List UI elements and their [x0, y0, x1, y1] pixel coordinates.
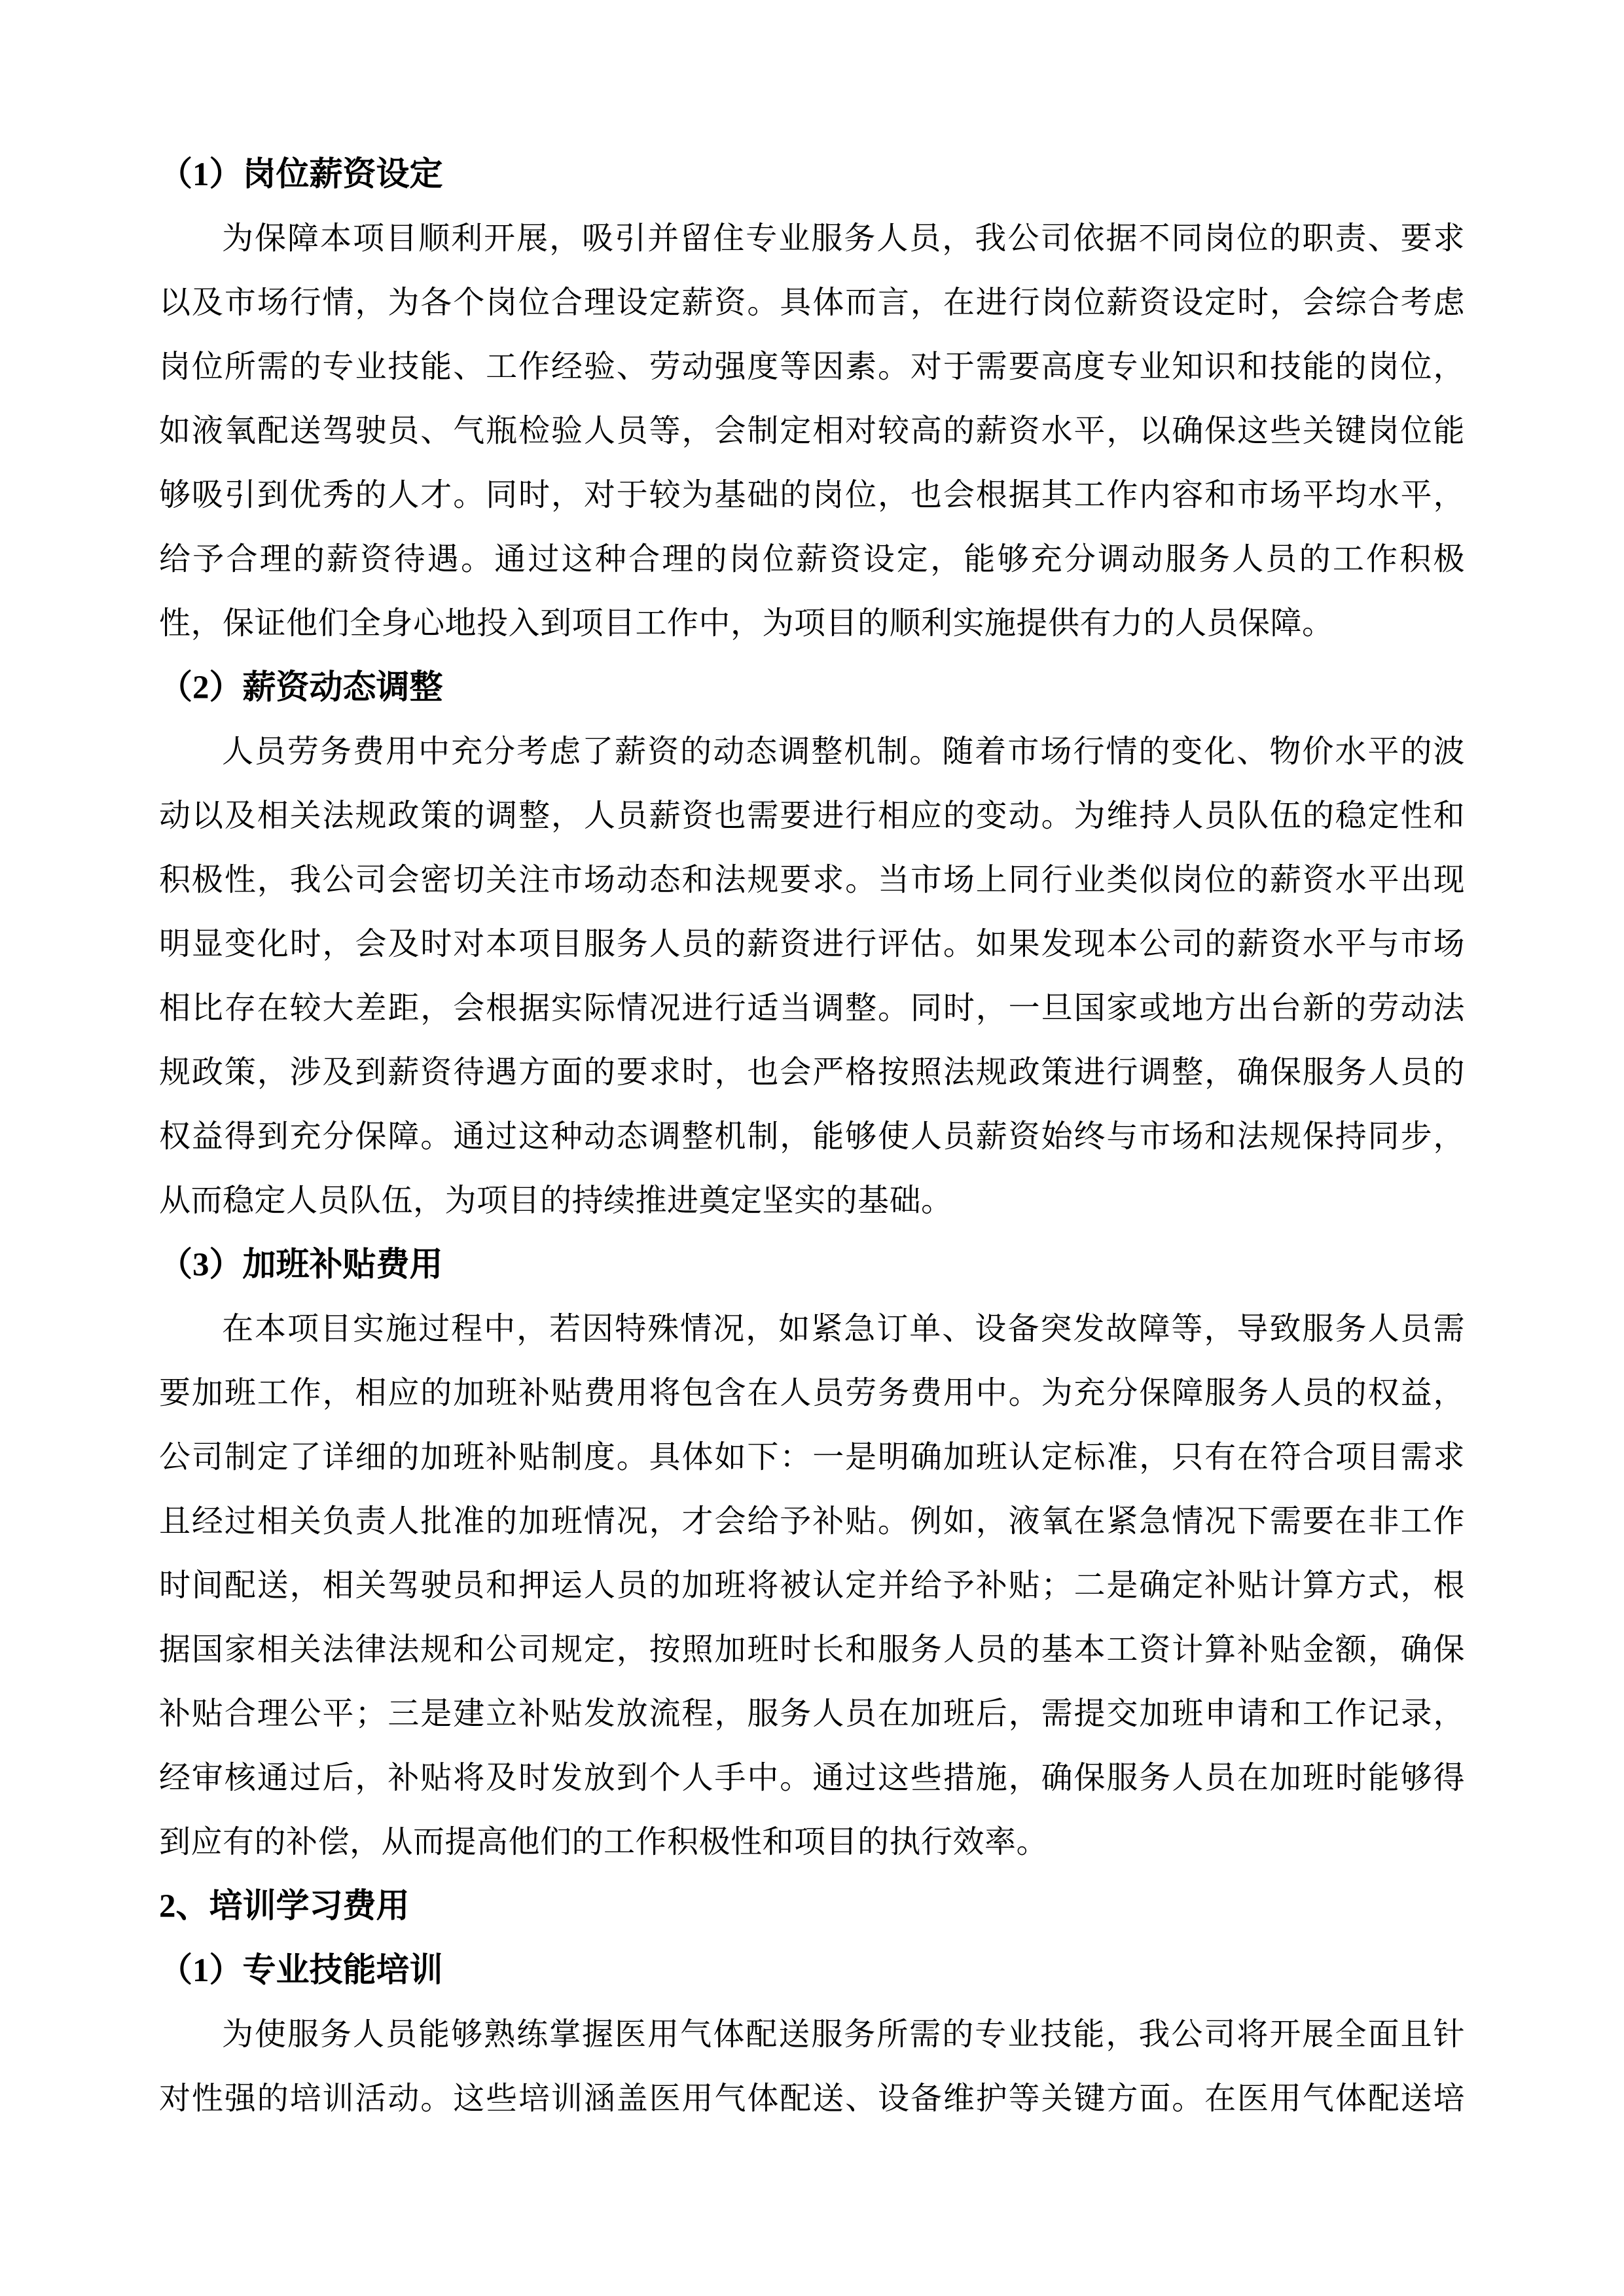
- paragraph-line: 岗位所需的专业技能、工作经验、劳动强度等因素。对于需要高度专业知识和技能的岗位，: [159, 335, 1465, 399]
- section-heading: （2）薪资动态调整: [159, 656, 1465, 720]
- section-heading: （1）专业技能培训: [159, 1939, 1465, 2003]
- paragraph-line: 人员劳务费用中充分考虑了薪资的动态调整机制。随着市场行情的变化、物价水平的波: [159, 720, 1465, 784]
- paragraph-line: 动以及相关法规政策的调整，人员薪资也需要进行相应的变动。为维持人员队伍的稳定性和: [159, 784, 1465, 848]
- paragraph-line: 到应有的补偿，从而提高他们的工作积极性和项目的执行效率。: [159, 1810, 1465, 1874]
- paragraph-line: 为保障本项目顺利开展，吸引并留住专业服务人员，我公司依据不同岗位的职责、要求: [159, 207, 1465, 271]
- paragraph-line: 够吸引到优秀的人才。同时，对于较为基础的岗位，也会根据其工作内容和市场平均水平，: [159, 463, 1465, 528]
- paragraph-line: 如液氧配送驾驶员、气瓶检验人员等，会制定相对较高的薪资水平，以确保这些关键岗位能: [159, 399, 1465, 463]
- section-heading: （1）岗位薪资设定: [159, 143, 1465, 207]
- section-heading: （3）加班补贴费用: [159, 1233, 1465, 1297]
- paragraph-line: 规政策，涉及到薪资待遇方面的要求时，也会严格按照法规政策进行调整，确保服务人员的: [159, 1041, 1465, 1105]
- paragraph-line: 公司制定了详细的加班补贴制度。具体如下：一是明确加班认定标准，只有在符合项目需求: [159, 1426, 1465, 1490]
- paragraph-line: 要加班工作，相应的加班补贴费用将包含在人员劳务费用中。为充分保障服务人员的权益，: [159, 1361, 1465, 1426]
- paragraph-line: 补贴合理公平；三是建立补贴发放流程，服务人员在加班后，需提交加班申请和工作记录，: [159, 1682, 1465, 1746]
- paragraph: 为使服务人员能够熟练掌握医用气体配送服务所需的专业技能，我公司将开展全面且针对性…: [159, 2003, 1465, 2131]
- paragraph-line: 相比存在较大差距，会根据实际情况进行适当调整。同时，一旦国家或地方出台新的劳动法: [159, 977, 1465, 1041]
- paragraph-line: 时间配送，相关驾驶员和押运人员的加班将被认定并给予补贴；二是确定补贴计算方式，根: [159, 1554, 1465, 1618]
- paragraph-line: 明显变化时，会及时对本项目服务人员的薪资进行评估。如果发现本公司的薪资水平与市场: [159, 912, 1465, 977]
- paragraph-line: 据国家相关法律法规和公司规定，按照加班时长和服务人员的基本工资计算补贴金额，确保: [159, 1618, 1465, 1682]
- section-heading: 2、培训学习费用: [159, 1874, 1465, 1939]
- paragraph-line: 权益得到充分保障。通过这种动态调整机制，能够使人员薪资始终与市场和法规保持同步，: [159, 1105, 1465, 1169]
- paragraph-line: 给予合理的薪资待遇。通过这种合理的岗位薪资设定，能够充分调动服务人员的工作积极: [159, 528, 1465, 592]
- paragraph-line: 对性强的培训活动。这些培训涵盖医用气体配送、设备维护等关键方面。在医用气体配送培: [159, 2067, 1465, 2131]
- document-page: （1）岗位薪资设定为保障本项目顺利开展，吸引并留住专业服务人员，我公司依据不同岗…: [0, 0, 1624, 2296]
- paragraph-line: 性，保证他们全身心地投入到项目工作中，为项目的顺利实施提供有力的人员保障。: [159, 592, 1465, 656]
- paragraph-line: 且经过相关负责人批准的加班情况，才会给予补贴。例如，液氧在紧急情况下需要在非工作: [159, 1490, 1465, 1554]
- paragraph: 为保障本项目顺利开展，吸引并留住专业服务人员，我公司依据不同岗位的职责、要求以及…: [159, 207, 1465, 656]
- paragraph: 在本项目实施过程中，若因特殊情况，如紧急订单、设备突发故障等，导致服务人员需要加…: [159, 1297, 1465, 1874]
- paragraph-line: 从而稳定人员队伍，为项目的持续推进奠定坚实的基础。: [159, 1169, 1465, 1233]
- paragraph-line: 经审核通过后，补贴将及时发放到个人手中。通过这些措施，确保服务人员在加班时能够得: [159, 1746, 1465, 1810]
- paragraph-line: 积极性，我公司会密切关注市场动态和法规要求。当市场上同行业类似岗位的薪资水平出现: [159, 848, 1465, 912]
- paragraph-line: 在本项目实施过程中，若因特殊情况，如紧急订单、设备突发故障等，导致服务人员需: [159, 1297, 1465, 1361]
- paragraph: 人员劳务费用中充分考虑了薪资的动态调整机制。随着市场行情的变化、物价水平的波动以…: [159, 720, 1465, 1233]
- paragraph-line: 以及市场行情，为各个岗位合理设定薪资。具体而言，在进行岗位薪资设定时，会综合考虑: [159, 271, 1465, 335]
- document-content: （1）岗位薪资设定为保障本项目顺利开展，吸引并留住专业服务人员，我公司依据不同岗…: [159, 143, 1465, 2131]
- paragraph-line: 为使服务人员能够熟练掌握医用气体配送服务所需的专业技能，我公司将开展全面且针: [159, 2003, 1465, 2067]
